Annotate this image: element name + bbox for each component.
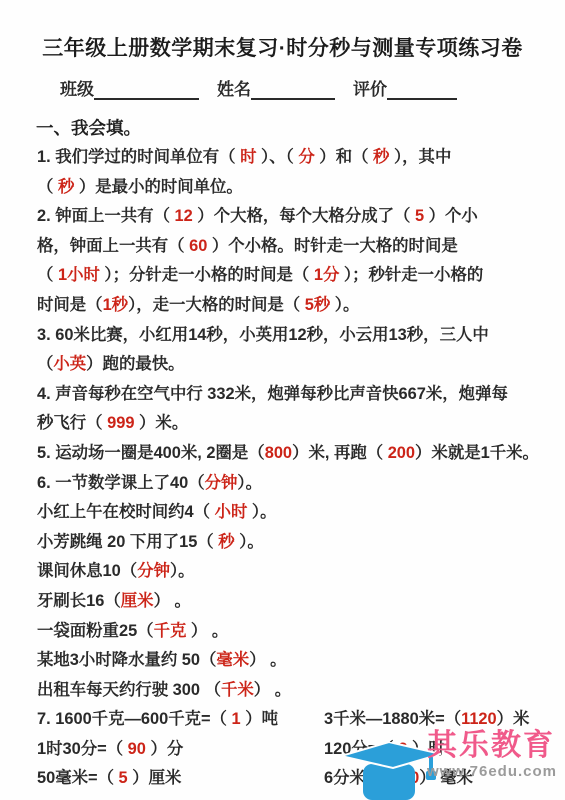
answer-text: 1小时 bbox=[58, 266, 100, 284]
question-line: （小英）跑的最快。 bbox=[37, 350, 539, 380]
question-text: 秒飞行（ bbox=[37, 414, 107, 432]
question-column: 7. 1600千克—600千克=（ 1 ）吨 bbox=[37, 705, 324, 735]
page-title: 三年级上册数学期末复习·时分秒与测量专项练习卷 bbox=[0, 0, 565, 62]
question-text: ） 。 bbox=[254, 681, 291, 699]
worksheet-page: 三年级上册数学期末复习·时分秒与测量专项练习卷 班级 姓名 评价 一、我会填。 … bbox=[0, 0, 565, 800]
answer-text: 1120 bbox=[461, 710, 497, 728]
question-line: （ 秒 ）是最小的时间单位。 bbox=[37, 173, 539, 203]
question-line: 一袋面粉重25（千克 ） 。 bbox=[37, 617, 539, 647]
question-text: ）米, 再跑（ bbox=[292, 444, 388, 462]
questions-area: 1. 我们学过的时间单位有（ 时 ）、（ 分 ）和（ 秒 ），其中（ 秒 ）是最… bbox=[37, 143, 539, 794]
question-text: ）。 bbox=[330, 296, 359, 314]
question-line: 1. 我们学过的时间单位有（ 时 ）、（ 分 ）和（ 秒 ），其中 bbox=[37, 143, 539, 173]
class-field: 班级 bbox=[60, 75, 199, 100]
question-column: 1时30分=（ 90 ）分 bbox=[37, 735, 324, 765]
brand-logo: 其乐教育 www.76edu.com bbox=[341, 730, 557, 800]
question-text: ）；秒针走一小格的 bbox=[339, 266, 483, 284]
question-line: 6. 一节数学课上了40（分钟）。 bbox=[37, 469, 539, 499]
question-line: 格，钟面上一共有（ 60 ）个小格。时针走一大格的时间是 bbox=[37, 232, 539, 262]
answer-text: 时 bbox=[240, 148, 256, 166]
question-line: 小红上午在校时间约4（ 小时 ）。 bbox=[37, 498, 539, 528]
question-text: ）个小格。时针走一大格的时间是 bbox=[207, 237, 457, 255]
question-text: 2. 钟面上一共有（ bbox=[37, 207, 175, 225]
question-line: 某地3小时降水量约 50（毫米） 。 bbox=[37, 646, 539, 676]
brand-url: www.76edu.com bbox=[427, 762, 557, 782]
name-field: 姓名 bbox=[217, 75, 335, 100]
question-text: 1时30分=（ bbox=[37, 740, 128, 758]
answer-text: 5秒 bbox=[305, 296, 331, 314]
answer-text: 1秒 bbox=[103, 296, 129, 314]
question-text: ），走一大格的时间是（ bbox=[128, 296, 305, 314]
answer-text: 小时 bbox=[215, 503, 248, 521]
answer-text: 千克 bbox=[154, 622, 187, 640]
question-text: ） 。 bbox=[154, 592, 191, 610]
question-text: 出租车每天约行驶 300 （ bbox=[37, 681, 221, 699]
name-field-underline bbox=[251, 82, 335, 100]
question-text: 4. 声音每秒在空气中行 332米，炮弹每秒比声音快667米，炮弹每 bbox=[37, 385, 508, 403]
question-text: 3千米—1880米=（ bbox=[324, 710, 461, 728]
question-text: 小红上午在校时间约4（ bbox=[37, 503, 215, 521]
answer-text: 分 bbox=[298, 148, 314, 166]
question-text: ）吨 bbox=[241, 710, 278, 728]
question-line: 秒飞行（ 999 ）米。 bbox=[37, 409, 539, 439]
question-line: 牙刷长16（厘米） 。 bbox=[37, 587, 539, 617]
question-text: ）。 bbox=[170, 562, 195, 580]
question-line: 出租车每天约行驶 300 （千米） 。 bbox=[37, 676, 539, 706]
question-line: 4. 声音每秒在空气中行 332米，炮弹每秒比声音快667米，炮弹每 bbox=[37, 380, 539, 410]
brand-name: 其乐教育 bbox=[427, 730, 557, 762]
question-text: 一袋面粉重25（ bbox=[37, 622, 154, 640]
answer-text: 分钟 bbox=[205, 474, 238, 492]
answer-text: 秒 bbox=[373, 148, 389, 166]
question-text: （ bbox=[37, 355, 53, 373]
brand-text-block: 其乐教育 www.76edu.com bbox=[427, 730, 557, 782]
question-text: 时间是（ bbox=[37, 296, 103, 314]
answer-text: 秒 bbox=[218, 533, 234, 551]
question-line: 小芳跳绳 20 下用了15（ 秒 ）。 bbox=[37, 528, 539, 558]
question-line: 2. 钟面上一共有（ 12 ）个大格，每个大格分成了（ 5 ）个小 bbox=[37, 202, 539, 232]
question-text: （ bbox=[37, 178, 58, 196]
answer-text: 秒 bbox=[58, 178, 74, 196]
question-text: 6. 一节数学课上了40（ bbox=[37, 474, 205, 492]
answer-text: 90 bbox=[128, 740, 146, 758]
question-line: 时间是（1秒），走一大格的时间是（ 5秒 ）。 bbox=[37, 291, 539, 321]
grade-field-label: 评价 bbox=[353, 75, 387, 100]
question-text: 牙刷长16（ bbox=[37, 592, 121, 610]
answer-text: 200 bbox=[388, 444, 415, 462]
question-text: ），其中 bbox=[389, 148, 451, 166]
grade-field: 评价 bbox=[353, 75, 457, 100]
question-text: ）米 bbox=[497, 710, 530, 728]
question-text: 格，钟面上一共有（ bbox=[37, 237, 189, 255]
answer-text: 千米 bbox=[221, 681, 254, 699]
answer-text: 60 bbox=[189, 237, 207, 255]
question-text: ）厘米 bbox=[128, 769, 182, 787]
question-column: 50毫米=（ 5 ）厘米 bbox=[37, 764, 324, 794]
class-field-underline bbox=[94, 82, 199, 100]
class-field-label: 班级 bbox=[60, 75, 94, 100]
answer-text: 毫米 bbox=[216, 651, 249, 669]
question-text: 课间休息10（ bbox=[37, 562, 137, 580]
question-text: ）。 bbox=[237, 474, 262, 492]
question-text: ）米。 bbox=[134, 414, 188, 432]
question-text: ）是最小的时间单位。 bbox=[74, 178, 242, 196]
answer-text: 12 bbox=[175, 207, 193, 225]
question-text: ）跑的最快。 bbox=[86, 355, 184, 373]
answer-text: 1 bbox=[232, 710, 241, 728]
question-line: 5. 运动场一圈是400米, 2圈是（800）米, 再跑（ 200）米就是1千米… bbox=[37, 439, 539, 469]
question-text: ）和（ bbox=[315, 148, 373, 166]
question-text: ）个小 bbox=[424, 207, 478, 225]
question-text: ） 。 bbox=[186, 622, 228, 640]
answer-text: 5 bbox=[415, 207, 424, 225]
question-text: 1. 我们学过的时间单位有（ bbox=[37, 148, 240, 166]
answer-text: 5 bbox=[119, 769, 128, 787]
question-text: （ bbox=[37, 266, 58, 284]
question-line: 课间休息10（分钟）。 bbox=[37, 557, 539, 587]
answer-text: 999 bbox=[107, 414, 134, 432]
question-line: （ 1小时 ）；分针走一小格的时间是（ 1分 ）；秒针走一小格的 bbox=[37, 261, 539, 291]
question-text: 小芳跳绳 20 下用了15（ bbox=[37, 533, 218, 551]
question-text: ）米就是1千米。 bbox=[415, 444, 539, 462]
grade-field-underline bbox=[387, 82, 457, 100]
question-text: 3. 60米比赛，小红用14秒，小英用12秒，小云用13秒，三人中 bbox=[37, 326, 489, 344]
name-field-label: 姓名 bbox=[217, 75, 251, 100]
question-text: ）、（ bbox=[256, 148, 298, 166]
question-text: 50毫米=（ bbox=[37, 769, 119, 787]
answer-text: 800 bbox=[265, 444, 292, 462]
answer-text: 小英 bbox=[53, 355, 86, 373]
answer-text: 1分 bbox=[314, 266, 340, 284]
question-text: ）；分针走一小格的时间是（ bbox=[100, 266, 314, 284]
answer-text: 厘米 bbox=[121, 592, 154, 610]
question-text: ）。 bbox=[235, 533, 264, 551]
question-text: 5. 运动场一圈是400米, 2圈是（ bbox=[37, 444, 265, 462]
section-title: 一、我会填。 bbox=[36, 115, 565, 140]
question-text: ）个大格，每个大格分成了（ bbox=[193, 207, 415, 225]
question-text: ）分 bbox=[146, 740, 183, 758]
question-text: 某地3小时降水量约 50（ bbox=[37, 651, 216, 669]
question-text: 7. 1600千克—600千克=（ bbox=[37, 710, 232, 728]
question-text: ） 。 bbox=[249, 651, 286, 669]
question-text: ）。 bbox=[247, 503, 276, 521]
header-fields: 班级 姓名 评价 bbox=[60, 75, 565, 100]
question-line: 3. 60米比赛，小红用14秒，小英用12秒，小云用13秒，三人中 bbox=[37, 321, 539, 351]
answer-text: 分钟 bbox=[137, 562, 170, 580]
